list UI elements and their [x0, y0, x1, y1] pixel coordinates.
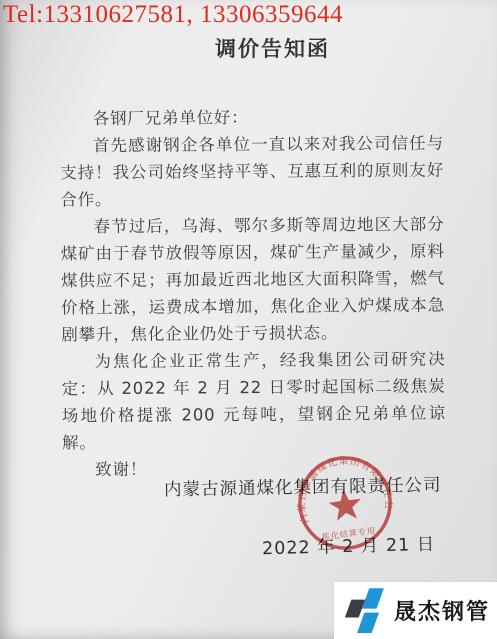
- stamp-bottom-text: 焦化结算专用: [321, 525, 376, 542]
- star-icon: [327, 487, 363, 521]
- signature-block: 内蒙古源通煤化集团有限责任公司 2022 年 2 月 21 日: [0, 0, 497, 639]
- photographed-notice-document: Tel:13310627581, 13306359644 调价告知函 各钢厂兄弟…: [0, 0, 497, 639]
- company-seal-stamp: 内蒙古源通煤化集团有限责任公司 焦化结算专用: [287, 442, 404, 564]
- logo-blue-top-parallelogram: [362, 588, 384, 608]
- brand-logo-icon: [340, 585, 392, 637]
- logo-blue-bottom-parallelogram: [357, 612, 379, 632]
- brand-name: 晟杰钢管: [394, 595, 490, 626]
- brand-watermark: 晟杰钢管: [334, 582, 497, 639]
